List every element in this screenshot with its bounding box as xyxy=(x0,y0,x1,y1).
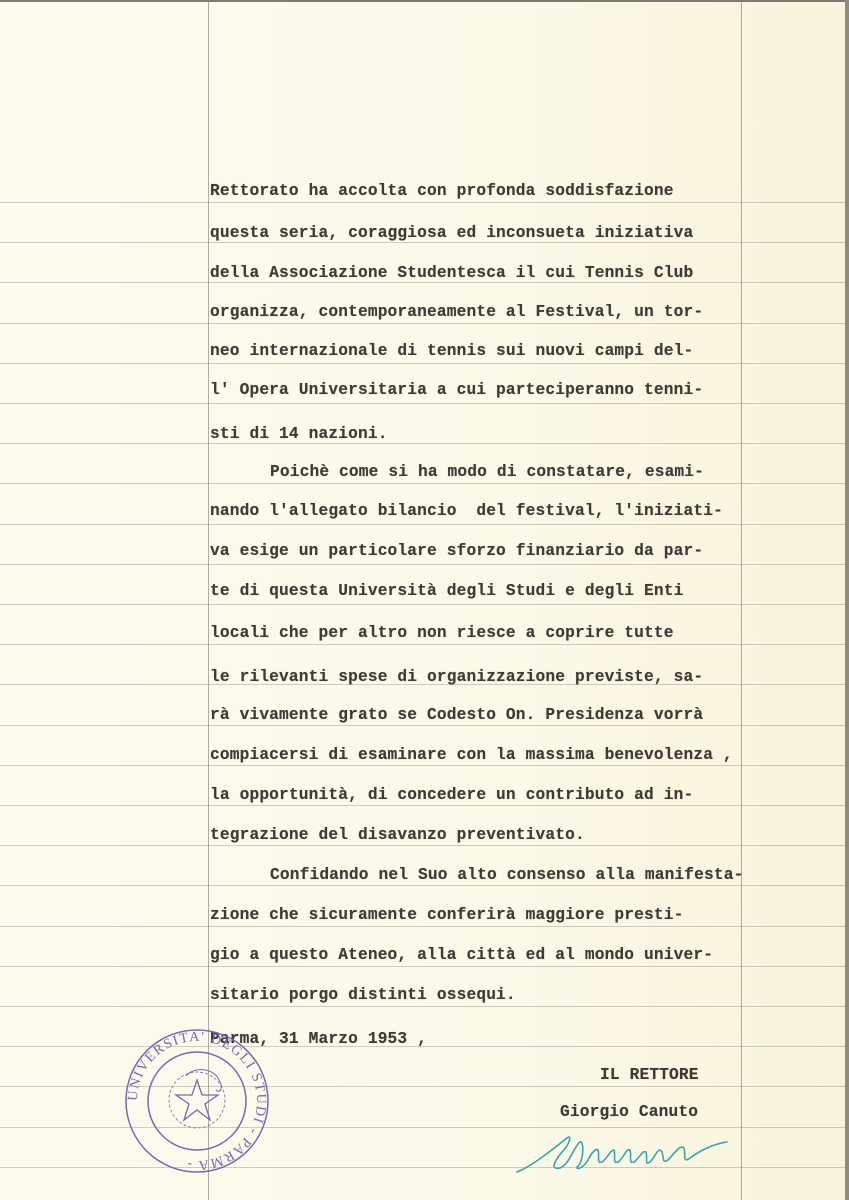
body-line: la opportunità, di concedere un contribu… xyxy=(210,786,693,804)
body-line: te di questa Università degli Studi e de… xyxy=(210,582,683,600)
body-line: l' Opera Universitaria a cui partecipera… xyxy=(210,381,703,399)
body-line: tegrazione del disavanzo preventivato. xyxy=(210,826,585,844)
body-line: gio a questo Ateneo, alla città ed al mo… xyxy=(210,946,713,964)
body-line: nando l'allegato bilancio del festival, … xyxy=(210,502,723,520)
body-line: della Associazione Studentesca il cui Te… xyxy=(210,264,693,282)
body-line: rà vivamente grato se Codesto On. Presid… xyxy=(210,706,703,724)
handwritten-signature xyxy=(512,1130,737,1178)
body-line: zione che sicuramente conferirà maggiore… xyxy=(210,906,683,924)
ruled-line xyxy=(0,604,845,605)
ruled-line xyxy=(0,323,845,324)
ruled-line xyxy=(0,443,845,444)
ruled-line xyxy=(0,403,845,404)
paper-edge xyxy=(845,0,849,1200)
ruled-line xyxy=(0,483,845,484)
body-line: organizza, contemporaneamente al Festiva… xyxy=(210,303,703,321)
ruled-line xyxy=(0,564,845,565)
ruled-line xyxy=(0,363,845,364)
body-line: sti di 14 nazioni. xyxy=(210,425,388,443)
document-page: Rettorato ha accolta con profonda soddis… xyxy=(0,0,845,1200)
ruled-line xyxy=(0,282,845,283)
right-margin-line xyxy=(741,2,742,1200)
ruled-line xyxy=(0,765,845,766)
university-stamp-icon: UNIVERSITA' DEGLI STUDI - PARMA - xyxy=(124,1028,270,1174)
body-line: questa seria, coraggiosa ed inconsueta i… xyxy=(210,224,693,242)
ruled-line xyxy=(0,1006,845,1007)
ruled-line xyxy=(0,966,845,967)
body-line: locali che per altro non riesce a coprir… xyxy=(210,624,674,642)
body-line: va esige un particolare sforzo finanziar… xyxy=(210,542,703,560)
left-margin-line xyxy=(208,2,209,1200)
ruled-line xyxy=(0,644,845,645)
ruled-line xyxy=(0,885,845,886)
ruled-line xyxy=(0,202,845,203)
ruled-line xyxy=(0,926,845,927)
body-line: Rettorato ha accolta con profonda soddis… xyxy=(210,182,674,200)
paragraph-start-line: Confidando nel Suo alto consenso alla ma… xyxy=(270,866,743,884)
ruled-line xyxy=(0,524,845,525)
ruled-line xyxy=(0,242,845,243)
ruled-line xyxy=(0,725,845,726)
ruled-line xyxy=(0,805,845,806)
signatory-title: IL RETTORE xyxy=(600,1066,699,1084)
ruled-line xyxy=(0,845,845,846)
signatory-name: Giorgio Canuto xyxy=(560,1103,698,1121)
body-line: compiacersi di esaminare con la massima … xyxy=(210,746,733,764)
body-line: sitario porgo distinti ossequi. xyxy=(210,986,516,1004)
paragraph-start-line: Poichè come si ha modo di constatare, es… xyxy=(270,463,704,481)
body-line: neo internazionale di tennis sui nuovi c… xyxy=(210,342,693,360)
body-line: le rilevanti spese di organizzazione pre… xyxy=(210,668,703,686)
